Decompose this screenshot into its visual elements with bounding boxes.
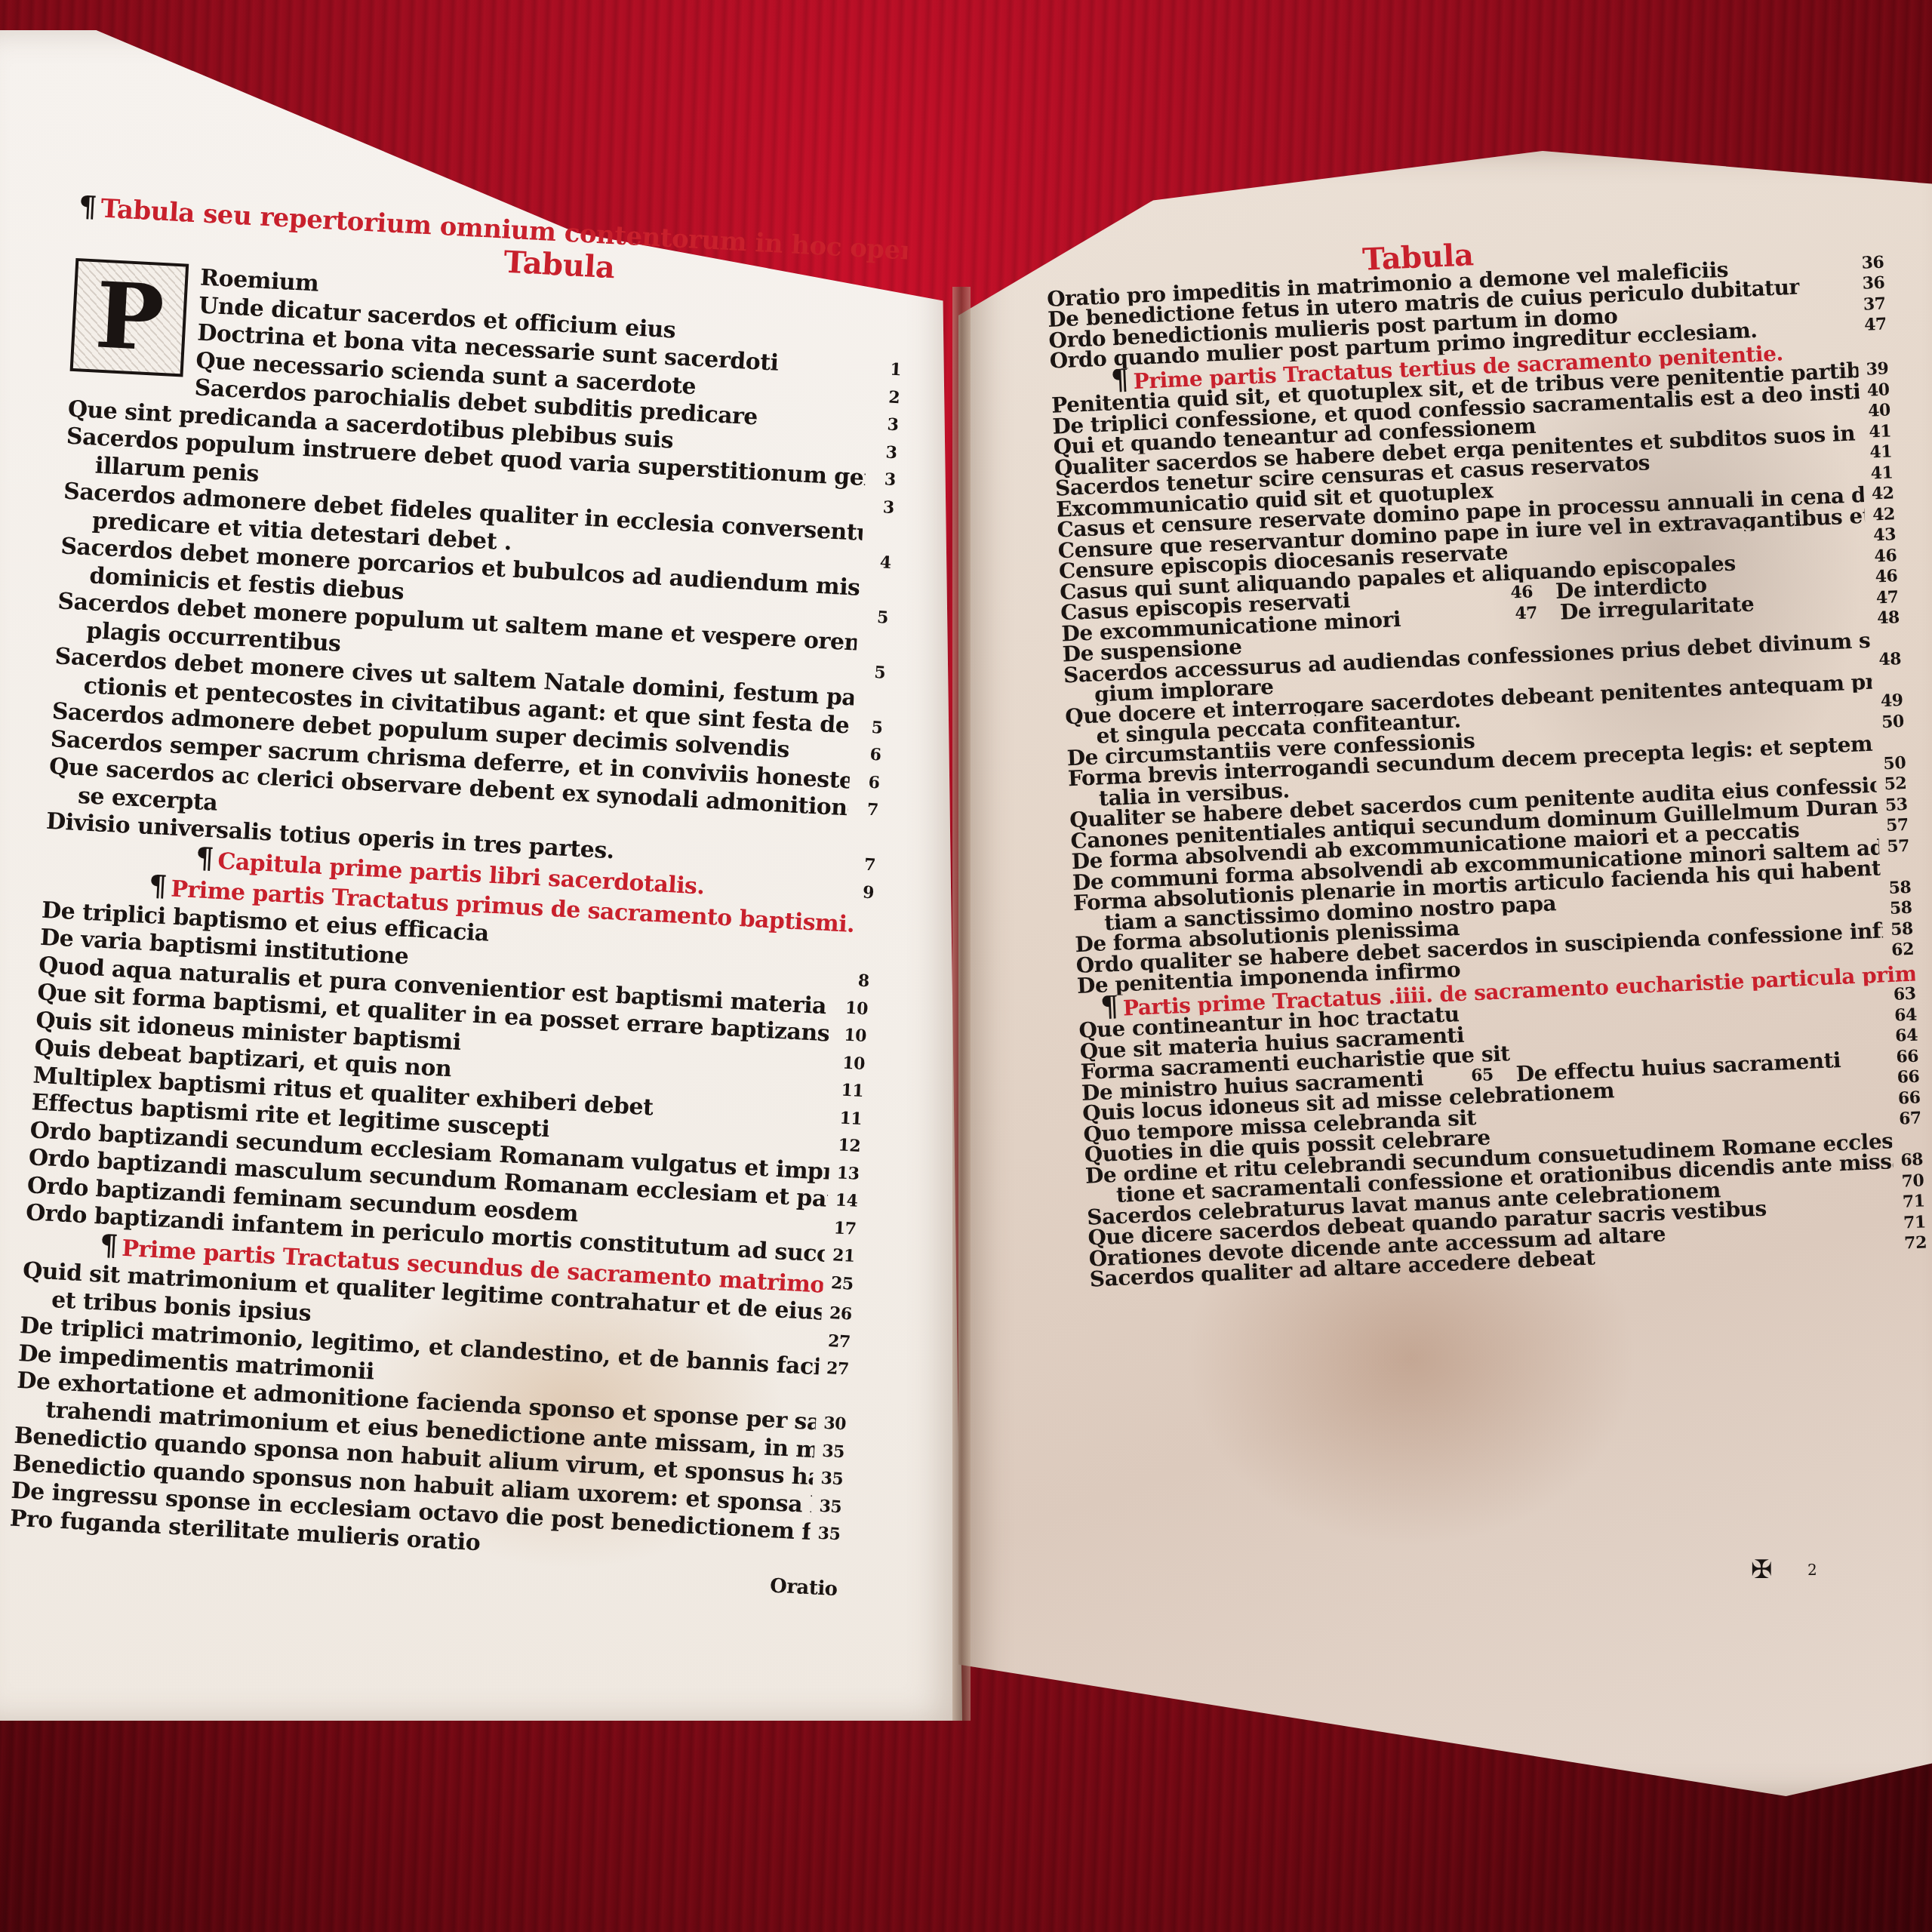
folio-number	[1869, 629, 1900, 651]
folio-number: 1	[870, 355, 902, 384]
folio-number: 13	[828, 1158, 860, 1188]
toc-entries-eucharist: Que contineantur in hoc tractatu63Que si…	[1078, 984, 1927, 1291]
toc-entry-mid-folio: 47	[1515, 603, 1538, 625]
folio-number	[1891, 1129, 1922, 1151]
left-page-text: ¶Tabula seu repertorium omnium contentor…	[8, 192, 908, 1604]
folio-number: 50	[1875, 752, 1906, 774]
folio-number: 35	[812, 1464, 844, 1494]
folio-number: 49	[1872, 691, 1903, 712]
folio-number	[856, 630, 888, 660]
toc-entries-penance: Penitentia quid sit, et quotuplex sit, e…	[1051, 358, 1915, 996]
folio-number: 40	[1860, 400, 1890, 422]
folio-number: 26	[821, 1300, 853, 1329]
folio-number	[1880, 857, 1911, 878]
folio-number: 62	[1883, 940, 1914, 961]
folio-number: 25	[823, 1269, 854, 1301]
folio-number: 36	[1854, 273, 1885, 295]
right-page-text: Tabula Oratio pro impeditis in matrimoni…	[1045, 224, 1927, 1291]
folio-number: 57	[1878, 815, 1909, 837]
folio-number: 11	[831, 1103, 863, 1133]
folio-number: 3	[865, 465, 897, 494]
folio-number: 58	[1882, 918, 1913, 940]
decorated-initial: P	[70, 258, 189, 377]
folio-number: 37	[1855, 294, 1886, 315]
folio-number: 11	[832, 1076, 864, 1106]
folio-number: 72	[1896, 1232, 1927, 1254]
toc-entry-mid-folio: 46	[1510, 582, 1534, 604]
pilcrow-icon: ¶	[99, 1227, 118, 1262]
folio-number: 41	[1863, 463, 1894, 485]
folio-number: 66	[1888, 1046, 1919, 1068]
folio-number: 43	[1865, 525, 1896, 546]
folio-number	[859, 575, 891, 605]
folio-number: 68	[1893, 1149, 1924, 1171]
pilcrow-icon: ¶	[195, 840, 214, 875]
folio-number: 41	[1862, 441, 1893, 463]
folio-number: 12	[829, 1131, 861, 1161]
folio-number	[872, 328, 903, 357]
folio-number: 39	[1858, 358, 1889, 380]
folio-number	[862, 520, 894, 549]
folio-number: 64	[1887, 1026, 1918, 1048]
catchword: Oratio	[769, 1572, 838, 1603]
folio-number: 4	[860, 547, 892, 577]
folio-number: 52	[1876, 774, 1907, 795]
folio-number	[817, 1382, 848, 1411]
folio-number: 63	[1885, 984, 1916, 1006]
folio-number: 58	[1881, 877, 1912, 899]
folio-number: 35	[814, 1437, 845, 1466]
folio-number: 21	[824, 1241, 856, 1271]
folio-number: 10	[834, 1048, 866, 1078]
folio-number	[1872, 670, 1903, 692]
folio-number: 46	[1867, 566, 1898, 588]
folio-number: 7	[848, 795, 879, 824]
folio-number: 42	[1864, 504, 1895, 526]
folio-number: 5	[857, 602, 889, 632]
folio-number: 6	[851, 740, 882, 770]
folio-number: 67	[1890, 1108, 1921, 1130]
pilcrow-icon: ¶	[78, 192, 97, 223]
folio-number: 5	[854, 657, 886, 687]
folio-number: 47	[1856, 314, 1887, 336]
folio-number: 50	[1873, 711, 1904, 733]
folio-number: 14	[827, 1186, 859, 1216]
folio-number	[853, 685, 884, 715]
folio-number: 48	[1871, 649, 1902, 671]
folio-number	[1874, 732, 1905, 754]
folio-number: 70	[1894, 1171, 1924, 1192]
folio-number: 66	[1890, 1088, 1921, 1109]
folio-number	[840, 939, 872, 968]
folio-number: 2	[869, 383, 900, 412]
folio-number: 40	[1859, 380, 1890, 401]
folio-number	[846, 823, 878, 852]
folio-number: 10	[837, 994, 869, 1023]
folio-number	[808, 1547, 839, 1577]
folio-number: 48	[1869, 608, 1900, 629]
folio-number: 71	[1895, 1212, 1926, 1234]
folio-number: 3	[867, 410, 899, 439]
folio-number: 7	[844, 850, 876, 879]
signature-mark: 2	[1807, 1561, 1817, 1579]
folio-number: 27	[818, 1354, 850, 1383]
folio-number: 66	[1889, 1067, 1920, 1089]
folio-number: 71	[1894, 1191, 1925, 1213]
cross-mark-icon: ✠	[1751, 1555, 1773, 1585]
folio-number: 57	[1878, 835, 1909, 857]
folio-number: 3	[866, 438, 898, 467]
folio-number: 17	[826, 1214, 857, 1243]
folio-number: 10	[835, 1021, 867, 1051]
folio-number: 35	[809, 1519, 841, 1549]
toc-entries-baptism: De triplici baptismo et eius efficaciaDe…	[25, 897, 871, 1270]
folio-number: 5	[851, 712, 883, 742]
folio-number: 9	[843, 878, 875, 910]
folio-number: 6	[849, 768, 881, 797]
folio-number: 47	[1868, 587, 1899, 609]
folio-number: 64	[1886, 1004, 1917, 1026]
folio-number: 58	[1881, 898, 1912, 920]
folio-number: 53	[1877, 794, 1908, 816]
folio-number: 8	[838, 966, 870, 995]
folio-number	[873, 300, 905, 329]
folio-number: 35	[811, 1492, 842, 1521]
toc-entries-marriage: Quid sit matrimonium et qualiter legitim…	[9, 1257, 853, 1576]
toc-entry-mid-folio: 65	[1471, 1065, 1494, 1087]
folio-number: 46	[1866, 546, 1897, 568]
book-gutter	[952, 287, 971, 1721]
folio-number: 30	[815, 1409, 847, 1438]
folio-number: 36	[1854, 252, 1884, 274]
folio-number: 3	[863, 493, 895, 522]
folio-number: 27	[820, 1327, 851, 1356]
pilcrow-icon: ¶	[148, 868, 168, 903]
folio-number: 41	[1860, 421, 1891, 443]
folio-number: 42	[1863, 483, 1894, 505]
